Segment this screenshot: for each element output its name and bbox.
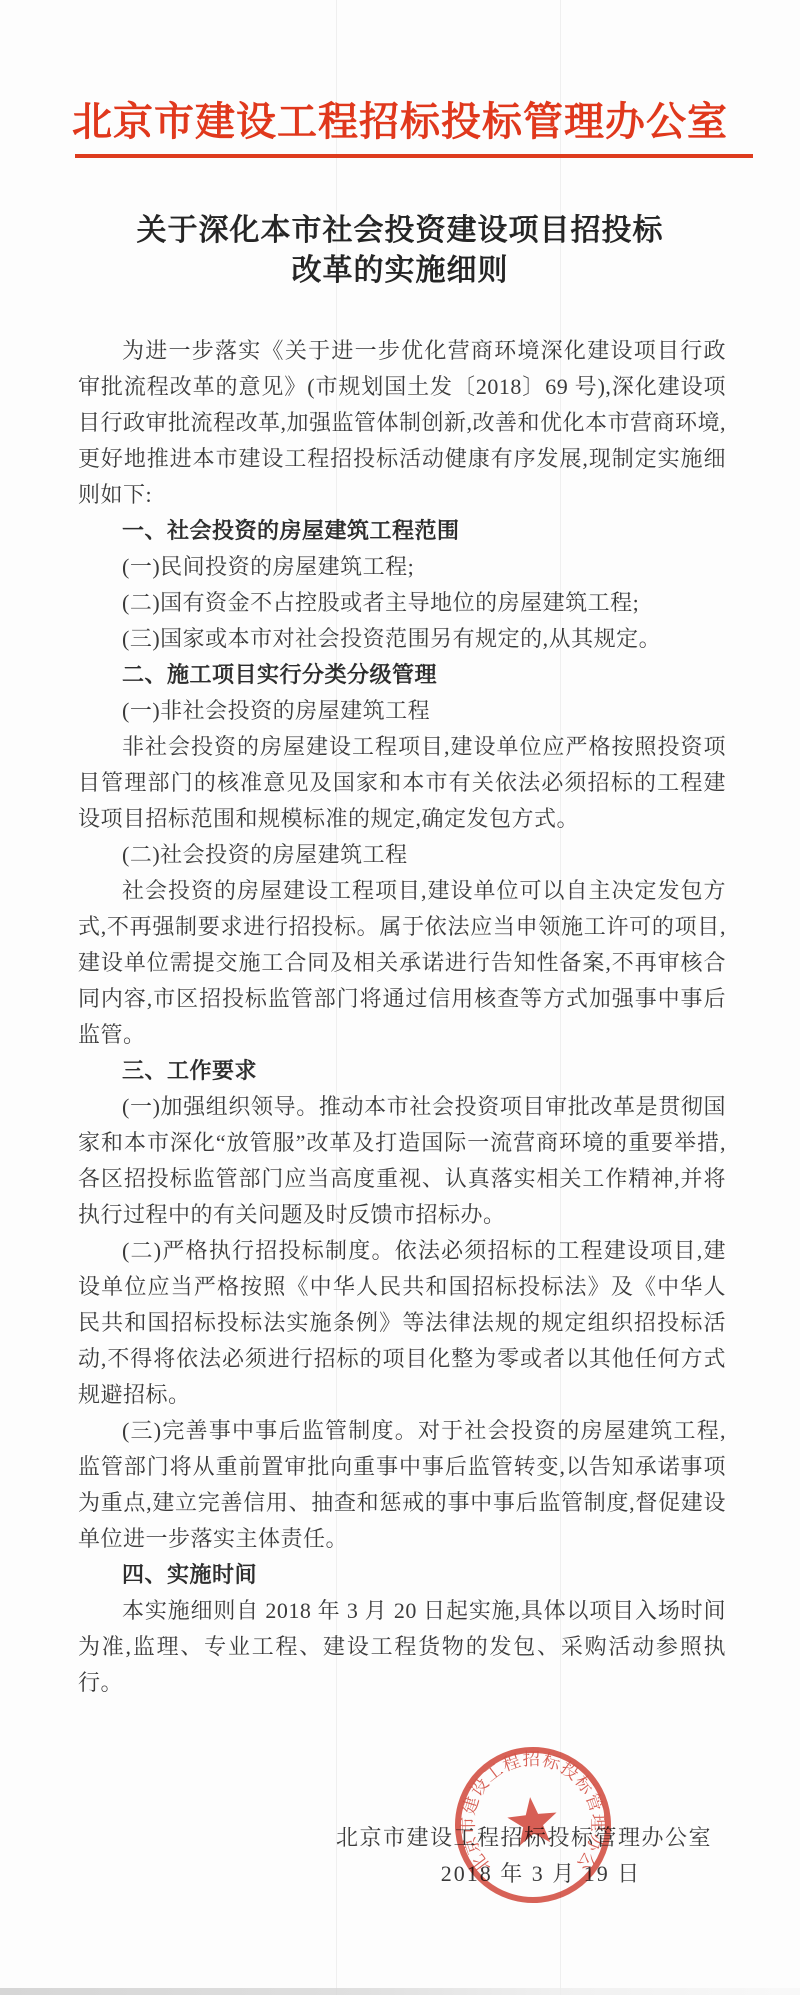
seal-star-icon bbox=[506, 1795, 560, 1847]
document-paragraph: 非社会投资的房屋建设工程项目,建设单位应严格按照投资项目管理部门的核准意见及国家… bbox=[78, 729, 726, 837]
document-paragraph: 一、社会投资的房屋建筑工程范围 bbox=[78, 513, 726, 549]
document-paragraph: 为进一步落实《关于进一步优化营商环境深化建设项目行政审批流程改革的意见》(市规划… bbox=[78, 333, 726, 513]
document-title: 关于深化本市社会投资建设项目招投标 改革的实施细则 bbox=[0, 211, 800, 291]
document-paragraph: (二)社会投资的房屋建筑工程 bbox=[78, 837, 726, 873]
document-paragraph: 二、施工项目实行分类分级管理 bbox=[78, 657, 726, 693]
document-paragraph: (二)国有资金不占控股或者主导地位的房屋建筑工程; bbox=[78, 585, 726, 621]
document-paragraph: 本实施细则自 2018 年 3 月 20 日起实施,具体以项目入场时间为准,监理… bbox=[78, 1593, 726, 1701]
document-paragraph: (三)完善事中事后监管制度。对于社会投资的房屋建筑工程,监管部门将从重前置审批向… bbox=[78, 1413, 726, 1557]
document-paragraph: (二)严格执行招投标制度。依法必须招标的工程建设项目,建设单位应当严格按照《中华… bbox=[78, 1233, 726, 1413]
document-paragraph: (一)加强组织领导。推动本市社会投资项目审批改革是贯彻国家和本市深化“放管服”改… bbox=[78, 1089, 726, 1233]
document-paragraph: 社会投资的房屋建设工程项目,建设单位可以自主决定发包方式,不再强制要求进行招投标… bbox=[78, 873, 726, 1053]
document-body: 为进一步落实《关于进一步优化营商环境深化建设项目行政审批流程改革的意见》(市规划… bbox=[78, 333, 726, 1701]
document-paragraph: 三、工作要求 bbox=[78, 1053, 726, 1089]
document-title-line2: 改革的实施细则 bbox=[0, 251, 800, 291]
document-paragraph: (一)非社会投资的房屋建筑工程 bbox=[78, 693, 726, 729]
document-header-org: 北京市建设工程招标投标管理办公室 bbox=[0, 101, 800, 143]
document-title-line1: 关于深化本市社会投资建设项目招投标 bbox=[0, 211, 800, 251]
header-divider-rule bbox=[75, 154, 753, 158]
document-paragraph: (一)民间投资的房屋建筑工程; bbox=[78, 549, 726, 585]
document-paragraph: 四、实施时间 bbox=[78, 1557, 726, 1593]
official-red-seal: 北京市建设工程招标投标管理办公室 bbox=[451, 1743, 615, 1907]
document-paragraph: (三)国家或本市对社会投资范围另有规定的,从其规定。 bbox=[78, 621, 726, 657]
scanned-document-page: 北京市建设工程招标投标管理办公室 关于深化本市社会投资建设项目招投标 改革的实施… bbox=[0, 0, 800, 1995]
scan-bottom-edge bbox=[0, 1988, 800, 1995]
